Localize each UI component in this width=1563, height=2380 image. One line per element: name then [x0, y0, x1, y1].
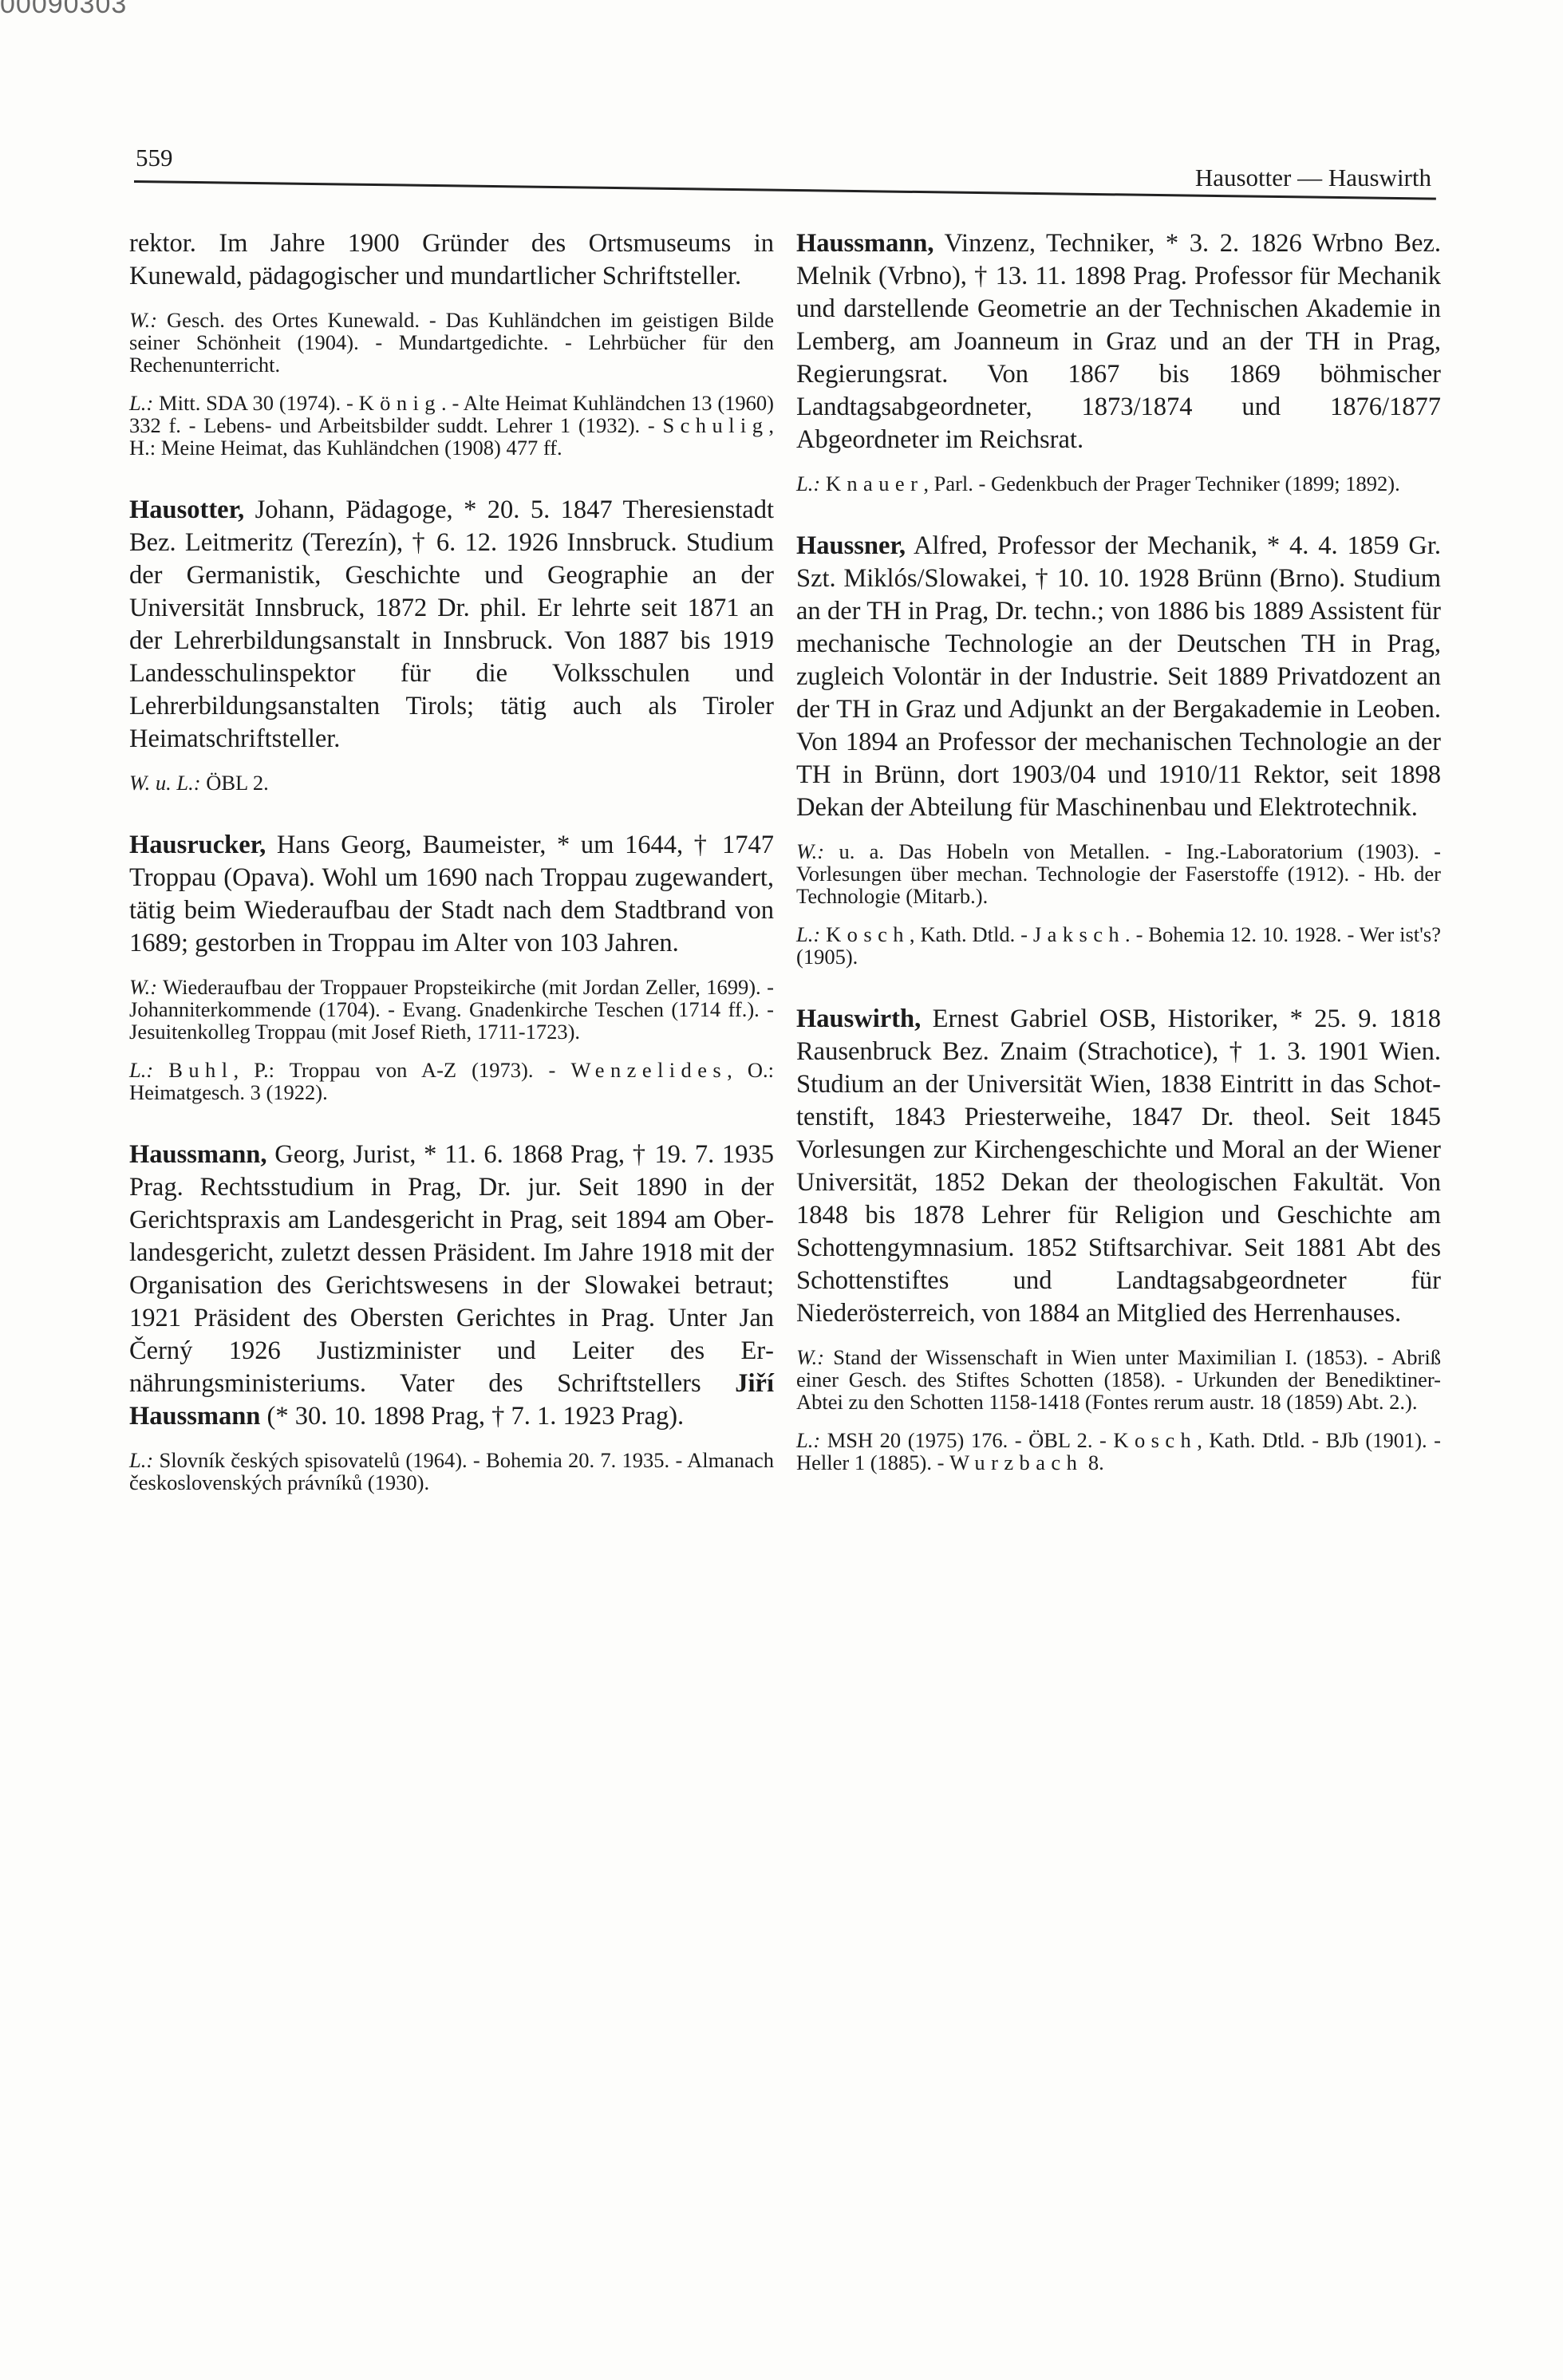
lit-text: , P.: Troppau von A-Z (1973). - [234, 1058, 571, 1082]
lit-author: Buhl [168, 1058, 233, 1082]
lit-author: Knauer [826, 472, 924, 495]
lit-author: Jaksch [1033, 922, 1125, 946]
bio-text: (* 30. 10. 1898 Prag, † 7. 1. 1923 Prag)… [260, 1402, 684, 1431]
lit-text: , Parl. - Gedenkbuch der Prager Technike… [923, 472, 1399, 495]
lit-text: Slovník českých spisovatelů (1964). - Bo… [129, 1448, 774, 1494]
entry-bio: rektor. Im Jahre 1900 Gründer des Orts­m… [129, 227, 774, 293]
bio-text: Johann, Pädagoge, * 20. 5. 1847 Theresie… [129, 495, 774, 753]
left-column: rektor. Im Jahre 1900 Gründer des Orts­m… [129, 227, 774, 1529]
lit-label: L.: [129, 1058, 153, 1082]
entry-headword: Haussmann, [129, 1140, 267, 1169]
works-text: u. a. Das Hobeln von Metallen. - Ing.-La… [796, 839, 1441, 908]
entry-literature: L.: Knauer, Parl. - Gedenkbuch der Prage… [796, 472, 1441, 495]
lit-author: Wenzelides [570, 1058, 727, 1082]
entry-references: W. u. L.: ÖBL 2. [129, 772, 774, 794]
entry-works: W.: Stand der Wissenschaft in Wien unter… [796, 1346, 1441, 1413]
entry-headword: Hauswirth, [796, 1004, 921, 1033]
entry-haussmann-georg: Haussmann, Georg, Jurist, * 11. 6. 1868 … [129, 1139, 774, 1494]
entry-literature: L.: Slovník českých spisovatelů (1964). … [129, 1449, 774, 1494]
ref-label: W. u. L.: [129, 771, 201, 795]
ref-text: ÖBL 2. [201, 771, 269, 795]
scan-id-label: 00090303 [0, 0, 127, 20]
lit-label: L.: [129, 391, 153, 415]
entry-bio: Haussmann, Georg, Jurist, * 11. 6. 1868 … [129, 1139, 774, 1433]
bio-text: Vinzenz, Techniker, * 3. 2. 1826 Wrbno B… [796, 229, 1441, 454]
lit-text [820, 472, 826, 495]
lit-author: Schulig [662, 413, 768, 437]
entry-bio: Hauswirth, Ernest Gabriel OSB, Historike… [796, 1003, 1441, 1330]
lit-text: Mitt. SDA 30 (1974). - [159, 391, 359, 415]
entry-headword: Hausrucker, [129, 831, 266, 859]
entry-hausotter: Hausotter, Johann, Pädagoge, * 20. 5. 18… [129, 494, 774, 794]
bio-text: Ernest Gabriel OSB, Historiker, * 25. 9.… [796, 1004, 1441, 1328]
lit-label: L.: [796, 1428, 820, 1452]
entry-hauswirth: Hauswirth, Ernest Gabriel OSB, Historike… [796, 1003, 1441, 1474]
lit-author: Kosch [1113, 1428, 1197, 1452]
entry-bio: Hausotter, Johann, Pädagoge, * 20. 5. 18… [129, 494, 774, 756]
lit-label: L.: [796, 922, 820, 946]
lit-author: König [359, 391, 441, 415]
lit-text [153, 1058, 168, 1082]
entry-haussmann-vinzenz: Haussmann, Vinzenz, Techniker, * 3. 2. 1… [796, 227, 1441, 495]
entry-bio: Hausrucker, Hans Georg, Baumeister, * um… [129, 829, 774, 960]
lit-label: L.: [129, 1448, 153, 1472]
works-text: Wiederaufbau der Troppauer Propsteikirch… [129, 975, 774, 1044]
right-column: Haussmann, Vinzenz, Techniker, * 3. 2. 1… [796, 227, 1441, 1509]
lit-text: 8. [1083, 1450, 1104, 1474]
entry-literature: L.: Mitt. SDA 30 (1974). - König. - Alte… [129, 392, 774, 459]
works-label: W.: [129, 308, 157, 332]
lit-author: Wurzbach [949, 1450, 1083, 1474]
entry-bio: Haussner, Alfred, Professor der Mechanik… [796, 530, 1441, 824]
entry-headword: Haussmann, [796, 229, 934, 258]
entry-haussner: Haussner, Alfred, Professor der Mechanik… [796, 530, 1441, 968]
entry-headword: Haussner, [796, 531, 906, 560]
entry-literature: L.: MSH 20 (1975) 176. - ÖBL 2. - Kosch,… [796, 1429, 1441, 1474]
works-label: W.: [129, 975, 157, 999]
works-label: W.: [796, 1345, 824, 1369]
entry-literature: L.: Kosch, Kath. Dtld. - Jaksch. - Bo­he… [796, 923, 1441, 968]
entry-works: W.: u. a. Das Hobeln von Metallen. - Ing… [796, 840, 1441, 907]
entry-hausrucker: Hausrucker, Hans Georg, Baumeister, * um… [129, 829, 774, 1103]
lit-label: L.: [796, 472, 820, 495]
works-label: W.: [796, 839, 824, 863]
works-text: Stand der Wissenschaft in Wien unter Max… [796, 1345, 1441, 1414]
entry-headword: Hausotter, [129, 495, 244, 524]
entry-continuation: rektor. Im Jahre 1900 Gründer des Orts­m… [129, 227, 774, 459]
bio-text: Alfred, Professor der Mechanik, * 4. 4. … [796, 531, 1441, 822]
page-number: 559 [136, 144, 173, 172]
bio-text: Georg, Jurist, * 11. 6. 1868 Prag, † 19.… [129, 1140, 774, 1398]
entry-works: W.: Wiederaufbau der Troppauer Propsteik… [129, 976, 774, 1043]
works-text: Gesch. des Ortes Kunewald. - Das Kuhländ… [129, 308, 774, 377]
entry-bio: Haussmann, Vinzenz, Techniker, * 3. 2. 1… [796, 227, 1441, 456]
lit-text: , Kath. Dtld. - [910, 922, 1033, 946]
lit-author: Kosch [826, 922, 910, 946]
entry-literature: L.: Buhl, P.: Troppau von A-Z (1973). - … [129, 1059, 774, 1103]
running-head: Hausotter — Hauswirth [1195, 164, 1431, 192]
lit-text: MSH 20 (1975) 176. - ÖBL 2. - [820, 1428, 1113, 1452]
entry-works: W.: Gesch. des Ortes Kunewald. - Das Kuh… [129, 309, 774, 376]
